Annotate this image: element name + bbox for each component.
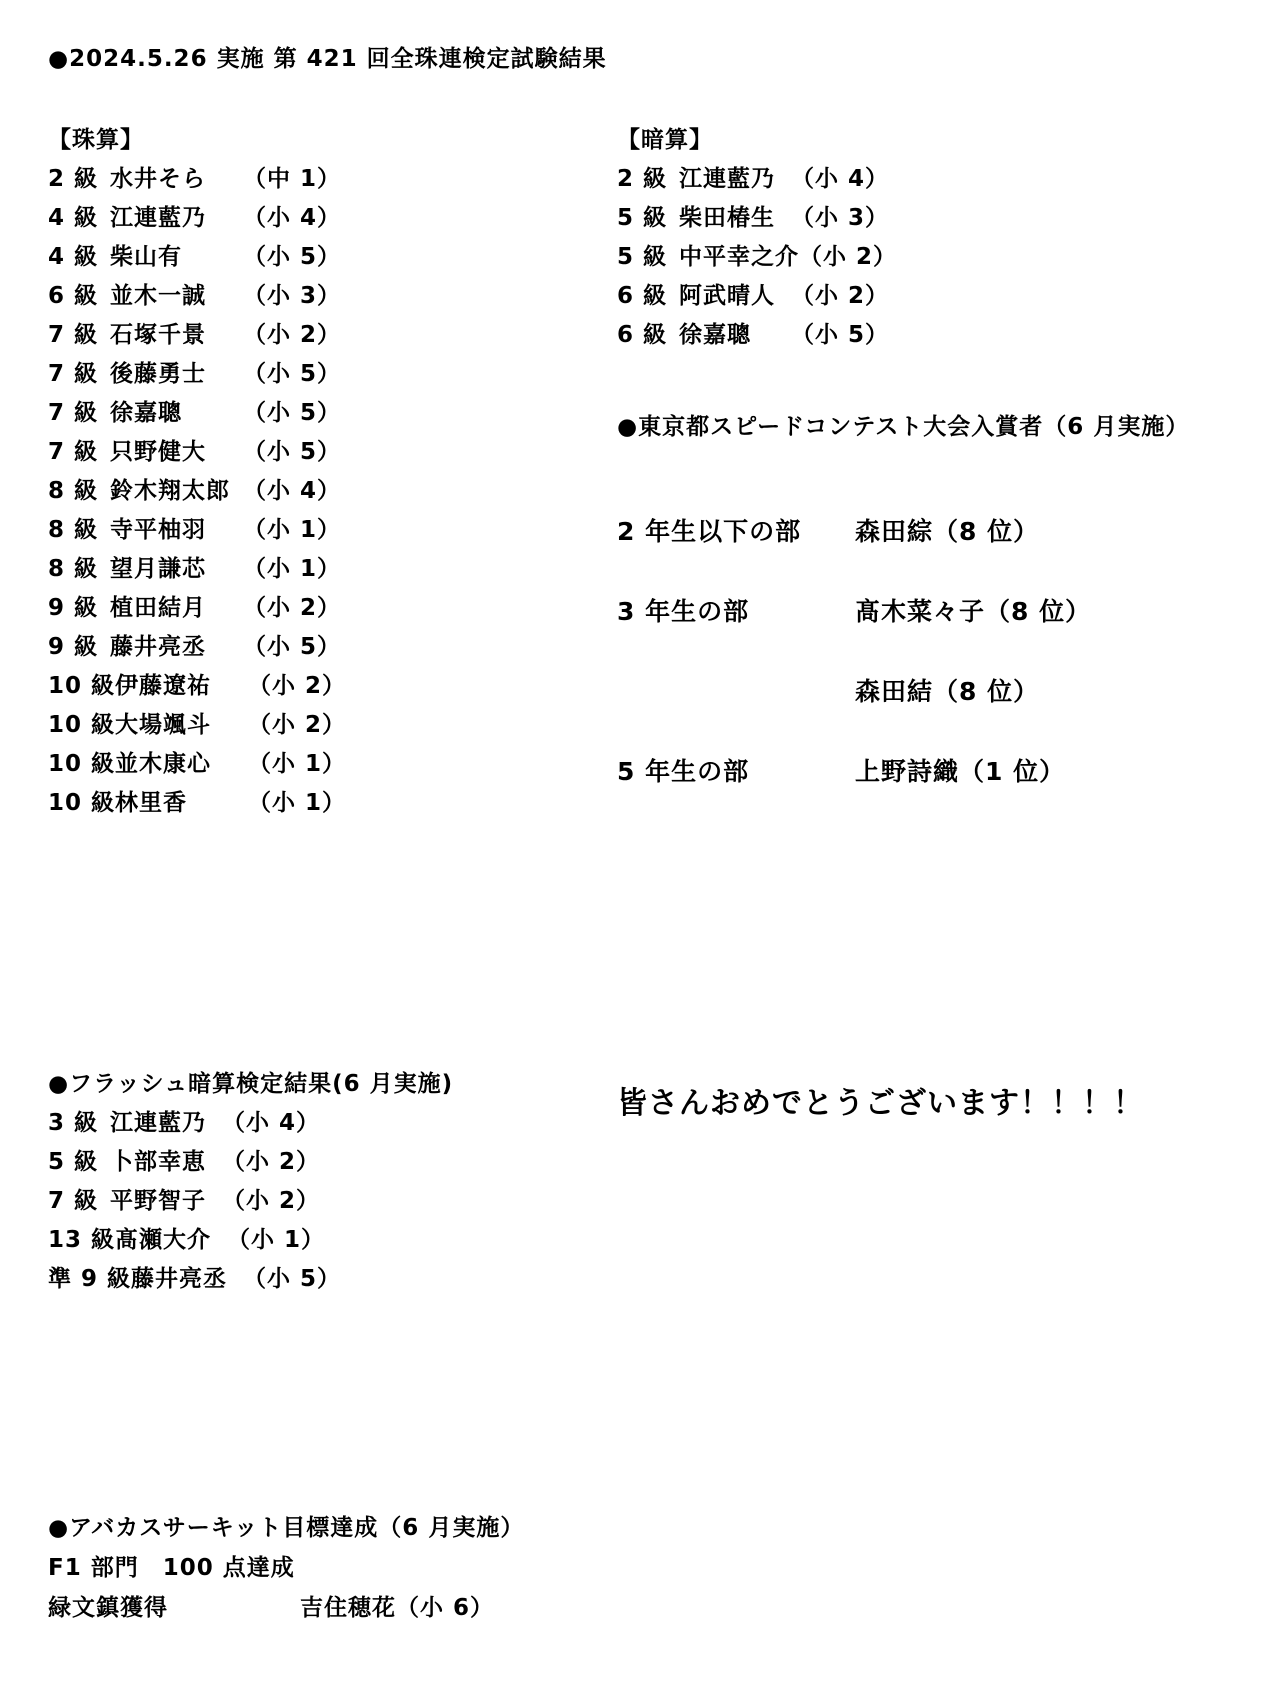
school-year: （小 5） bbox=[243, 628, 341, 661]
student-name: 石塚千景 bbox=[110, 316, 243, 349]
result-row: 6 級 並木一誠 （小 3） bbox=[48, 274, 346, 313]
winner-name: 森田綜（8 位） bbox=[855, 512, 1039, 548]
result-row: 2 級 水井そら （中 1） bbox=[48, 157, 346, 196]
school-year: （小 2） bbox=[791, 277, 889, 310]
division-label: 2 年生以下の部 bbox=[617, 512, 855, 548]
school-year: （小 2） bbox=[222, 1143, 320, 1176]
result-row: 8 級 鈴木翔太郎 （小 4） bbox=[48, 469, 346, 508]
grade-label: 4 級 bbox=[48, 199, 110, 232]
student-name: 並木康心 bbox=[115, 745, 248, 778]
grade-label: 8 級 bbox=[48, 472, 110, 505]
student-name: 柴山有 bbox=[110, 238, 243, 271]
school-year: （小 2） bbox=[799, 238, 897, 271]
result-row: 6 級 徐嘉聰 （小 5） bbox=[617, 313, 897, 352]
school-year: （小 5） bbox=[243, 355, 341, 388]
shuzan-header: 【珠算】 bbox=[48, 118, 346, 157]
student-name: 望月謙芯 bbox=[110, 550, 243, 583]
student-name: 藤井亮丞 bbox=[110, 628, 243, 661]
congratulations-message: 皆さんおめでとうございます！！！！ bbox=[617, 1078, 1144, 1122]
school-year: （小 5） bbox=[791, 316, 889, 349]
result-row: 5 級 中平幸之介 （小 2） bbox=[617, 235, 897, 274]
result-row: 10 級 伊藤遼祐 （小 2） bbox=[48, 664, 346, 703]
grade-label: 2 級 bbox=[617, 160, 679, 193]
result-row: 7 級 後藤勇士 （小 5） bbox=[48, 352, 346, 391]
student-name: 江連藍乃 bbox=[110, 199, 243, 232]
student-name: 徐嘉聰 bbox=[679, 316, 791, 349]
grade-label: 9 級 bbox=[48, 628, 110, 661]
school-year: （小 4） bbox=[243, 472, 341, 505]
school-year: （小 1） bbox=[248, 784, 346, 817]
student-name: 水井そら bbox=[110, 160, 243, 193]
abacus-circuit-award-row: 緑文鎮獲得 吉住穂花（小 6） bbox=[48, 1585, 524, 1625]
school-year: （小 5） bbox=[243, 238, 341, 271]
result-row: 6 級 阿武晴人 （小 2） bbox=[617, 274, 897, 313]
school-year: （小 2） bbox=[248, 706, 346, 739]
grade-label: 準 9 級 bbox=[48, 1260, 131, 1293]
page-title: ●2024.5.26 実施 第 421 回全珠連検定試験結果 bbox=[48, 40, 607, 73]
grade-label: 10 級 bbox=[48, 667, 115, 700]
grade-label: 5 級 bbox=[617, 199, 679, 232]
student-name: 藤井亮丞 bbox=[131, 1260, 243, 1293]
student-name: 江連藍乃 bbox=[679, 160, 791, 193]
grade-label: 7 級 bbox=[48, 433, 110, 466]
winner-name: 吉住穂花（小 6） bbox=[300, 1589, 494, 1622]
student-name: 伊藤遼祐 bbox=[115, 667, 248, 700]
school-year: （小 2） bbox=[248, 667, 346, 700]
school-year: （小 5） bbox=[243, 394, 341, 427]
result-row: 10 級 並木康心 （小 1） bbox=[48, 742, 346, 781]
school-year: （小 2） bbox=[243, 316, 341, 349]
school-year: （中 1） bbox=[243, 160, 341, 193]
result-row: 7 級 只野健大 （小 5） bbox=[48, 430, 346, 469]
school-year: （小 1） bbox=[243, 511, 341, 544]
student-name: 髙瀬大介 bbox=[115, 1221, 227, 1254]
speed-contest-row: 2 年生以下の部 森田綜（8 位） bbox=[617, 490, 1091, 570]
result-row: 7 級 平野智子 （小 2） bbox=[48, 1179, 453, 1218]
result-row: 7 級 石塚千景 （小 2） bbox=[48, 313, 346, 352]
grade-label: 10 級 bbox=[48, 706, 115, 739]
result-row: 8 級 寺平柚羽 （小 1） bbox=[48, 508, 346, 547]
division-label: 3 年生の部 bbox=[617, 592, 855, 628]
abacus-circuit-result: F1 部門 100 点達成 bbox=[48, 1545, 524, 1585]
student-name: 大場颯斗 bbox=[115, 706, 248, 739]
school-year: （小 4） bbox=[222, 1104, 320, 1137]
result-row: 3 級 江連藍乃 （小 4） bbox=[48, 1101, 453, 1140]
shuzan-section: 【珠算】 2 級 水井そら （中 1） 4 級 江連藍乃 （小 4） 4 級 柴… bbox=[48, 118, 346, 820]
grade-label: 8 級 bbox=[48, 511, 110, 544]
results-document-page: ●2024.5.26 実施 第 421 回全珠連検定試験結果 【珠算】 2 級 … bbox=[0, 0, 1274, 1686]
student-name: 後藤勇士 bbox=[110, 355, 243, 388]
abacus-circuit-section: ●アバカスサーキット目標達成（6 月実施） F1 部門 100 点達成 緑文鎮獲… bbox=[48, 1505, 524, 1625]
grade-label: 10 級 bbox=[48, 784, 115, 817]
student-name: 並木一誠 bbox=[110, 277, 243, 310]
result-row: 9 級 植田結月 （小 2） bbox=[48, 586, 346, 625]
grade-label: 8 級 bbox=[48, 550, 110, 583]
grade-label: 7 級 bbox=[48, 316, 110, 349]
result-row: 10 級 林里香 （小 1） bbox=[48, 781, 346, 820]
shuzan-list: 2 級 水井そら （中 1） 4 級 江連藍乃 （小 4） 4 級 柴山有 （小… bbox=[48, 157, 346, 820]
student-name: 阿武晴人 bbox=[679, 277, 791, 310]
student-name: 植田結月 bbox=[110, 589, 243, 622]
result-row: 5 級 卜部幸恵 （小 2） bbox=[48, 1140, 453, 1179]
division-label: 5 年生の部 bbox=[617, 752, 855, 788]
result-row: 5 級 柴田椿生 （小 3） bbox=[617, 196, 897, 235]
student-name: 江連藍乃 bbox=[110, 1104, 222, 1137]
speed-contest-row: 森田結（8 位） bbox=[617, 650, 1091, 730]
school-year: （小 3） bbox=[791, 199, 889, 232]
student-name: 卜部幸恵 bbox=[110, 1143, 222, 1176]
anzan-header: 【暗算】 bbox=[617, 118, 897, 157]
speed-contest-section: 2 年生以下の部 森田綜（8 位） 3 年生の部 髙木菜々子（8 位） 森田結（… bbox=[617, 490, 1091, 810]
result-row: 10 級 大場颯斗 （小 2） bbox=[48, 703, 346, 742]
student-name: 寺平柚羽 bbox=[110, 511, 243, 544]
student-name: 中平幸之介 bbox=[679, 238, 799, 271]
grade-label: 3 級 bbox=[48, 1104, 110, 1137]
grade-label: 10 級 bbox=[48, 745, 115, 778]
student-name: 只野健大 bbox=[110, 433, 243, 466]
school-year: （小 3） bbox=[243, 277, 341, 310]
student-name: 鈴木翔太郎 bbox=[110, 472, 243, 505]
school-year: （小 2） bbox=[243, 589, 341, 622]
speed-contest-header: ●東京都スピードコンテスト大会入賞者（6 月実施） bbox=[617, 405, 1189, 444]
school-year: （小 5） bbox=[243, 433, 341, 466]
grade-label: 6 級 bbox=[48, 277, 110, 310]
speed-contest-row: 5 年生の部 上野詩織（1 位） bbox=[617, 730, 1091, 810]
grade-label: 5 級 bbox=[48, 1143, 110, 1176]
speed-contest-row: 3 年生の部 髙木菜々子（8 位） bbox=[617, 570, 1091, 650]
result-row: 4 級 柴山有 （小 5） bbox=[48, 235, 346, 274]
result-row: 8 級 望月謙芯 （小 1） bbox=[48, 547, 346, 586]
student-name: 柴田椿生 bbox=[679, 199, 791, 232]
grade-label: 6 級 bbox=[617, 277, 679, 310]
abacus-circuit-header: ●アバカスサーキット目標達成（6 月実施） bbox=[48, 1505, 524, 1545]
achievement-label: 緑文鎮獲得 bbox=[48, 1589, 300, 1622]
grade-label: 7 級 bbox=[48, 1182, 110, 1215]
school-year: （小 2） bbox=[222, 1182, 320, 1215]
school-year: （小 1） bbox=[248, 745, 346, 778]
school-year: （小 1） bbox=[243, 550, 341, 583]
school-year: （小 4） bbox=[791, 160, 889, 193]
anzan-list: 2 級 江連藍乃 （小 4） 5 級 柴田椿生 （小 3） 5 級 中平幸之介 … bbox=[617, 157, 897, 352]
winner-name: 上野詩織（1 位） bbox=[855, 752, 1065, 788]
winner-name: 髙木菜々子（8 位） bbox=[855, 592, 1091, 628]
grade-label: 13 級 bbox=[48, 1221, 115, 1254]
result-row: 準 9 級 藤井亮丞 （小 5） bbox=[48, 1257, 453, 1296]
result-row: 9 級 藤井亮丞 （小 5） bbox=[48, 625, 346, 664]
flash-anzan-section: ●フラッシュ暗算検定結果(6 月実施) 3 級 江連藍乃 （小 4） 5 級 卜… bbox=[48, 1062, 453, 1296]
school-year: （小 4） bbox=[243, 199, 341, 232]
result-row: 2 級 江連藍乃 （小 4） bbox=[617, 157, 897, 196]
winner-name: 森田結（8 位） bbox=[855, 672, 1039, 708]
grade-label: 2 級 bbox=[48, 160, 110, 193]
grade-label: 5 級 bbox=[617, 238, 679, 271]
grade-label: 7 級 bbox=[48, 355, 110, 388]
grade-label: 9 級 bbox=[48, 589, 110, 622]
student-name: 徐嘉聰 bbox=[110, 394, 243, 427]
school-year: （小 5） bbox=[243, 1260, 341, 1293]
grade-label: 6 級 bbox=[617, 316, 679, 349]
grade-label: 4 級 bbox=[48, 238, 110, 271]
student-name: 林里香 bbox=[115, 784, 248, 817]
anzan-section: 【暗算】 2 級 江連藍乃 （小 4） 5 級 柴田椿生 （小 3） 5 級 中… bbox=[617, 118, 897, 352]
result-row: 7 級 徐嘉聰 （小 5） bbox=[48, 391, 346, 430]
school-year: （小 1） bbox=[227, 1221, 325, 1254]
student-name: 平野智子 bbox=[110, 1182, 222, 1215]
result-row: 4 級 江連藍乃 （小 4） bbox=[48, 196, 346, 235]
result-row: 13 級 髙瀬大介 （小 1） bbox=[48, 1218, 453, 1257]
flash-anzan-list: 3 級 江連藍乃 （小 4） 5 級 卜部幸恵 （小 2） 7 級 平野智子 （… bbox=[48, 1101, 453, 1296]
flash-anzan-header: ●フラッシュ暗算検定結果(6 月実施) bbox=[48, 1062, 453, 1101]
grade-label: 7 級 bbox=[48, 394, 110, 427]
